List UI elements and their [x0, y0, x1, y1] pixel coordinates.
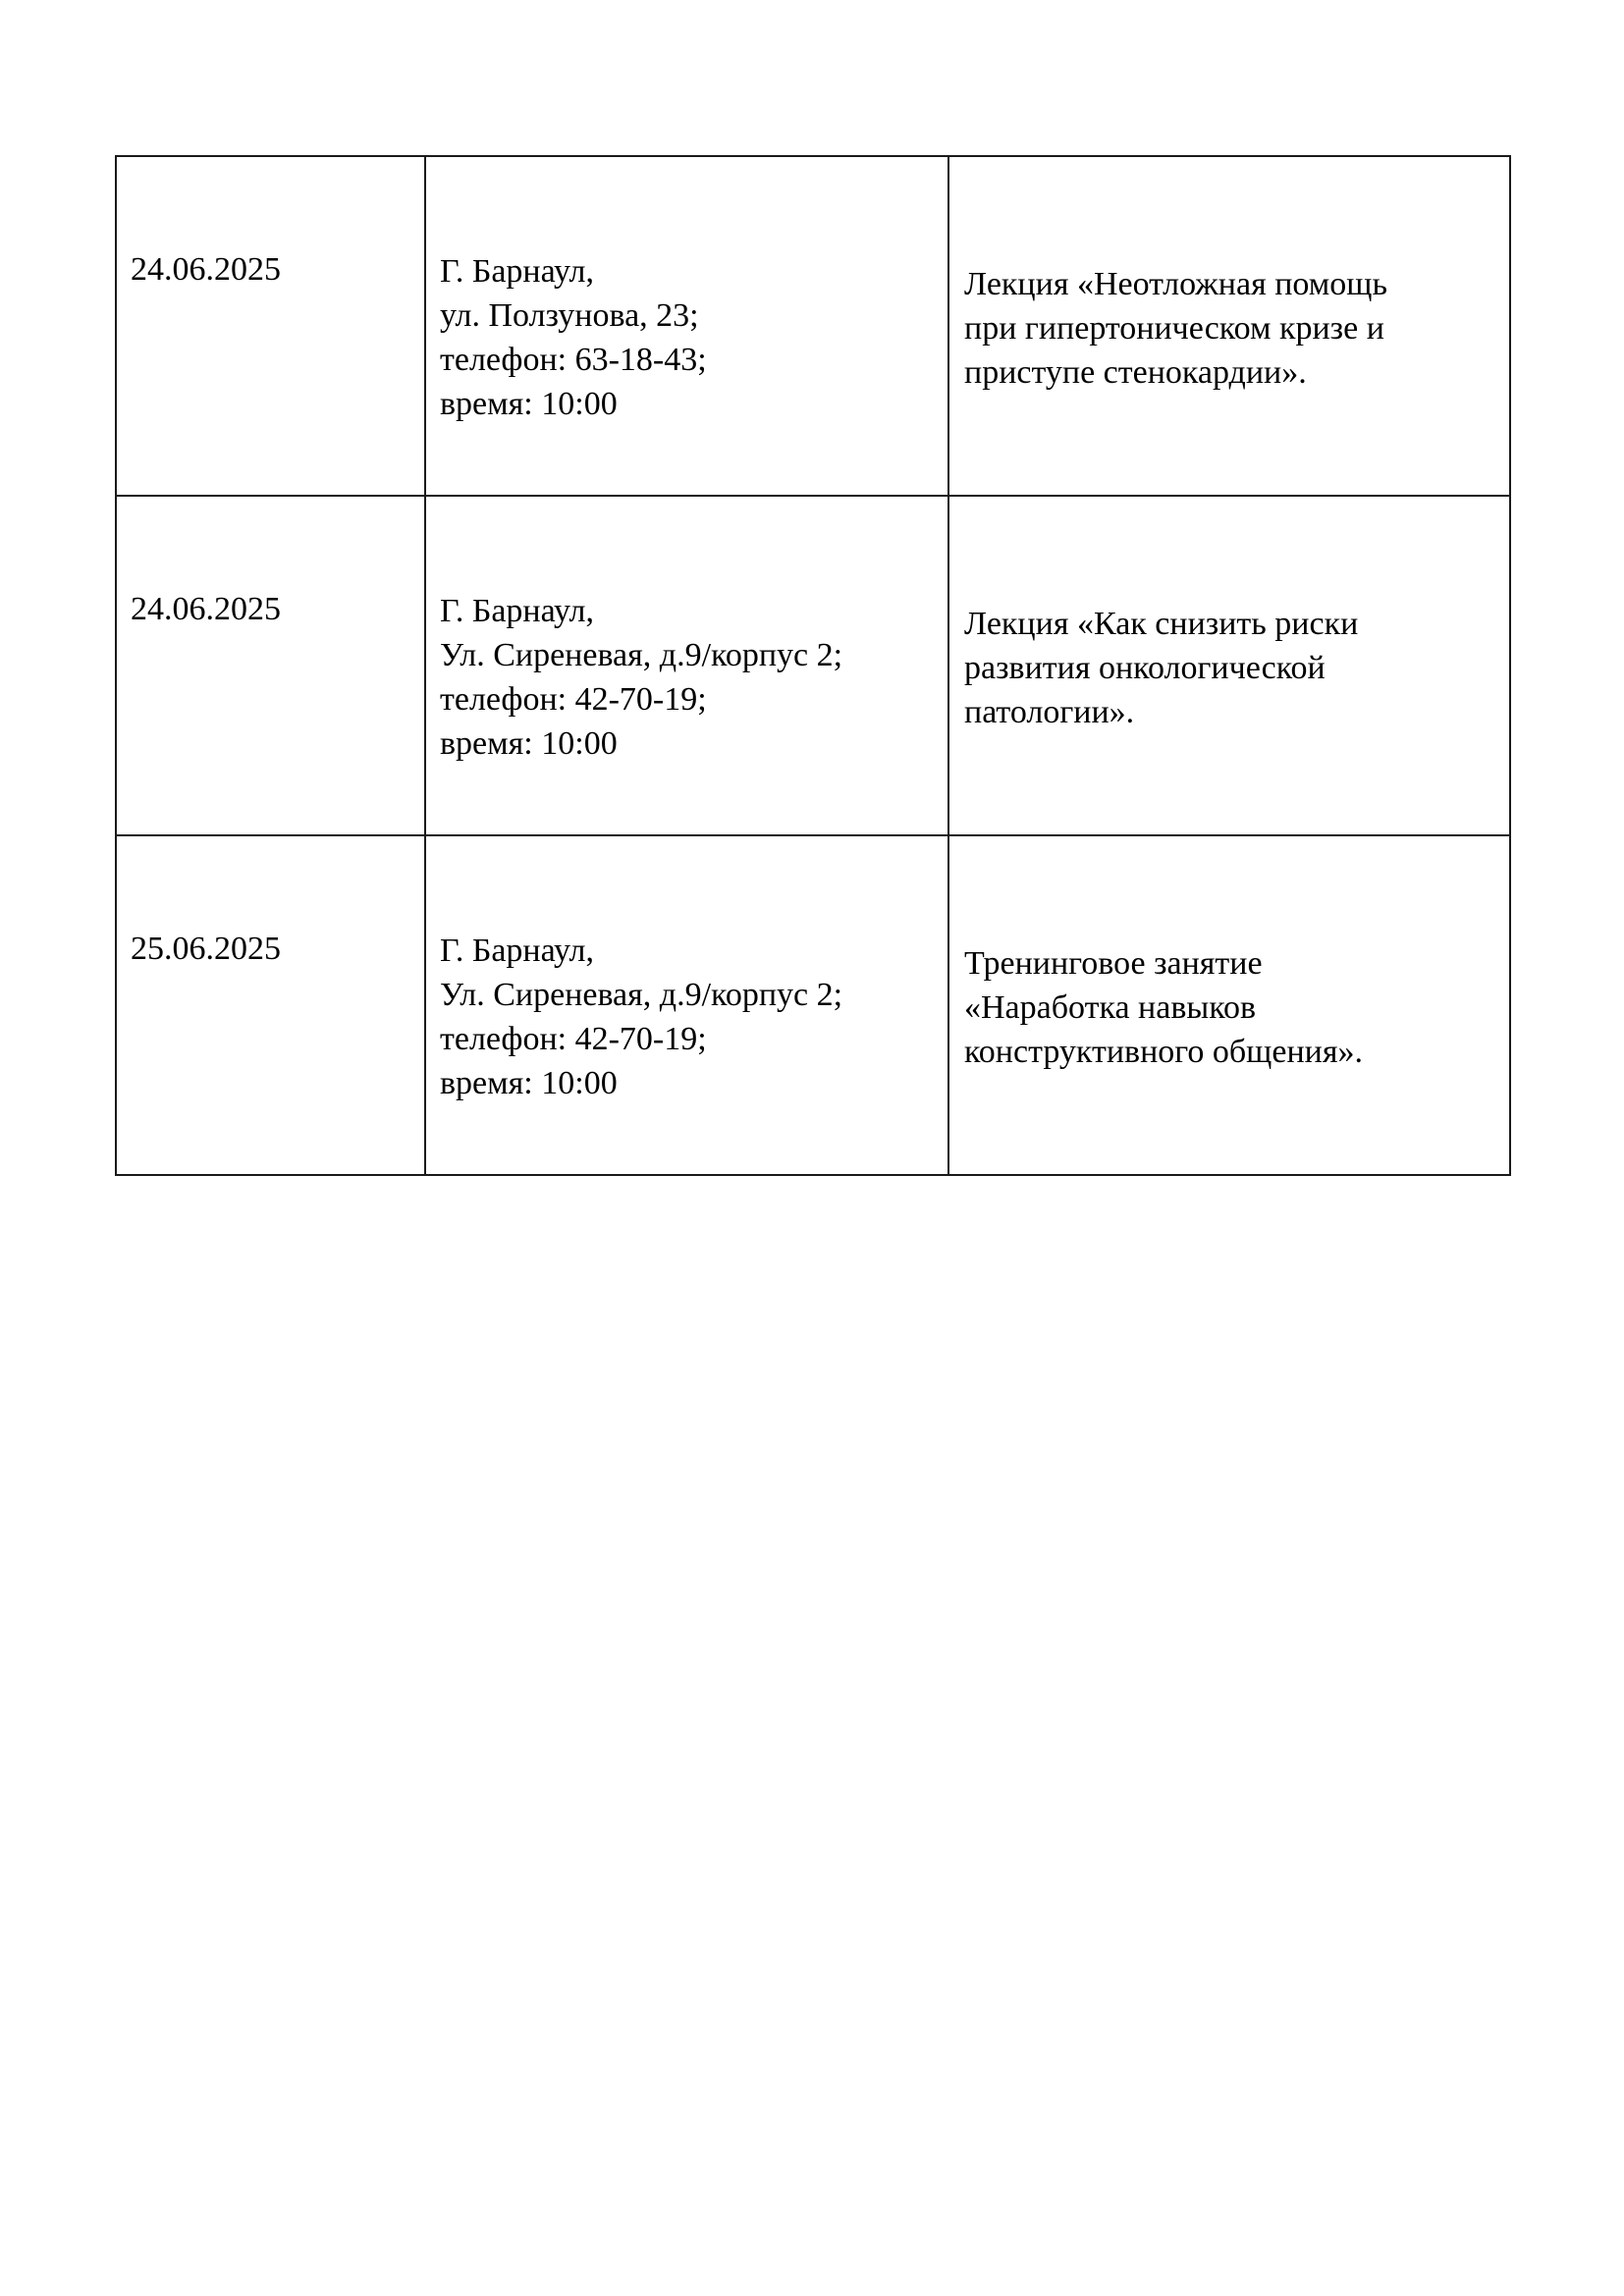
place-address: Ул. Сиреневая, д.9/корпус 2;	[440, 633, 842, 677]
event-title-line: «Наработка навыков	[964, 989, 1256, 1026]
place-cell: Г. Барнаул, Ул. Сиреневая, д.9/корпус 2;…	[425, 835, 948, 1175]
place-time: время: 10:00	[440, 1061, 842, 1105]
place-city: Г. Барнаул,	[440, 589, 842, 633]
event-title-line: конструктивного общения».	[964, 1034, 1363, 1070]
events-schedule-table: 24.06.2025 Г. Барнаул, ул. Ползунова, 23…	[115, 155, 1511, 1176]
event-title-line: развития онкологической	[964, 650, 1326, 686]
event-cell: Тренинговое занятие «Наработка навыков к…	[948, 835, 1510, 1175]
event-title-line: Лекция «Неотложная помощь	[964, 266, 1387, 302]
table-row: 24.06.2025 Г. Барнаул, Ул. Сиреневая, д.…	[116, 496, 1510, 835]
event-title-line: Лекция «Как снизить риски	[964, 606, 1358, 642]
place-city: Г. Барнаул,	[440, 249, 707, 294]
place-address: ул. Ползунова, 23;	[440, 294, 707, 338]
table-row: 25.06.2025 Г. Барнаул, Ул. Сиреневая, д.…	[116, 835, 1510, 1175]
place-time: время: 10:00	[440, 721, 842, 766]
event-title-line: приступе стенокардии».	[964, 354, 1307, 391]
event-title-line: патологии».	[964, 694, 1134, 730]
place-cell: Г. Барнаул, ул. Ползунова, 23; телефон: …	[425, 156, 948, 496]
place-phone: телефон: 42-70-19;	[440, 677, 842, 721]
table-row: 24.06.2025 Г. Барнаул, ул. Ползунова, 23…	[116, 156, 1510, 496]
event-place: Г. Барнаул, Ул. Сиреневая, д.9/корпус 2;…	[440, 589, 842, 766]
event-title: Тренинговое занятие «Наработка навыков к…	[964, 941, 1363, 1074]
place-city: Г. Барнаул,	[440, 929, 842, 973]
date-cell: 25.06.2025	[116, 835, 425, 1175]
place-phone: телефон: 63-18-43;	[440, 338, 707, 382]
event-date: 24.06.2025	[131, 587, 281, 631]
date-cell: 24.06.2025	[116, 156, 425, 496]
place-time: время: 10:00	[440, 382, 707, 426]
date-cell: 24.06.2025	[116, 496, 425, 835]
place-phone: телефон: 42-70-19;	[440, 1017, 842, 1061]
event-place: Г. Барнаул, ул. Ползунова, 23; телефон: …	[440, 249, 707, 426]
place-cell: Г. Барнаул, Ул. Сиреневая, д.9/корпус 2;…	[425, 496, 948, 835]
event-place: Г. Барнаул, Ул. Сиреневая, д.9/корпус 2;…	[440, 929, 842, 1105]
event-title: Лекция «Неотложная помощь при гипертонич…	[964, 262, 1387, 395]
event-date: 25.06.2025	[131, 927, 281, 971]
place-address: Ул. Сиреневая, д.9/корпус 2;	[440, 973, 842, 1017]
event-title-line: Тренинговое занятие	[964, 945, 1263, 982]
event-title-line: при гипертоническом кризе и	[964, 310, 1384, 347]
document-page: 24.06.2025 Г. Барнаул, ул. Ползунова, 23…	[0, 0, 1624, 2296]
event-date: 24.06.2025	[131, 247, 281, 292]
event-cell: Лекция «Как снизить риски развития онкол…	[948, 496, 1510, 835]
event-title: Лекция «Как снизить риски развития онкол…	[964, 602, 1358, 734]
event-cell: Лекция «Неотложная помощь при гипертонич…	[948, 156, 1510, 496]
